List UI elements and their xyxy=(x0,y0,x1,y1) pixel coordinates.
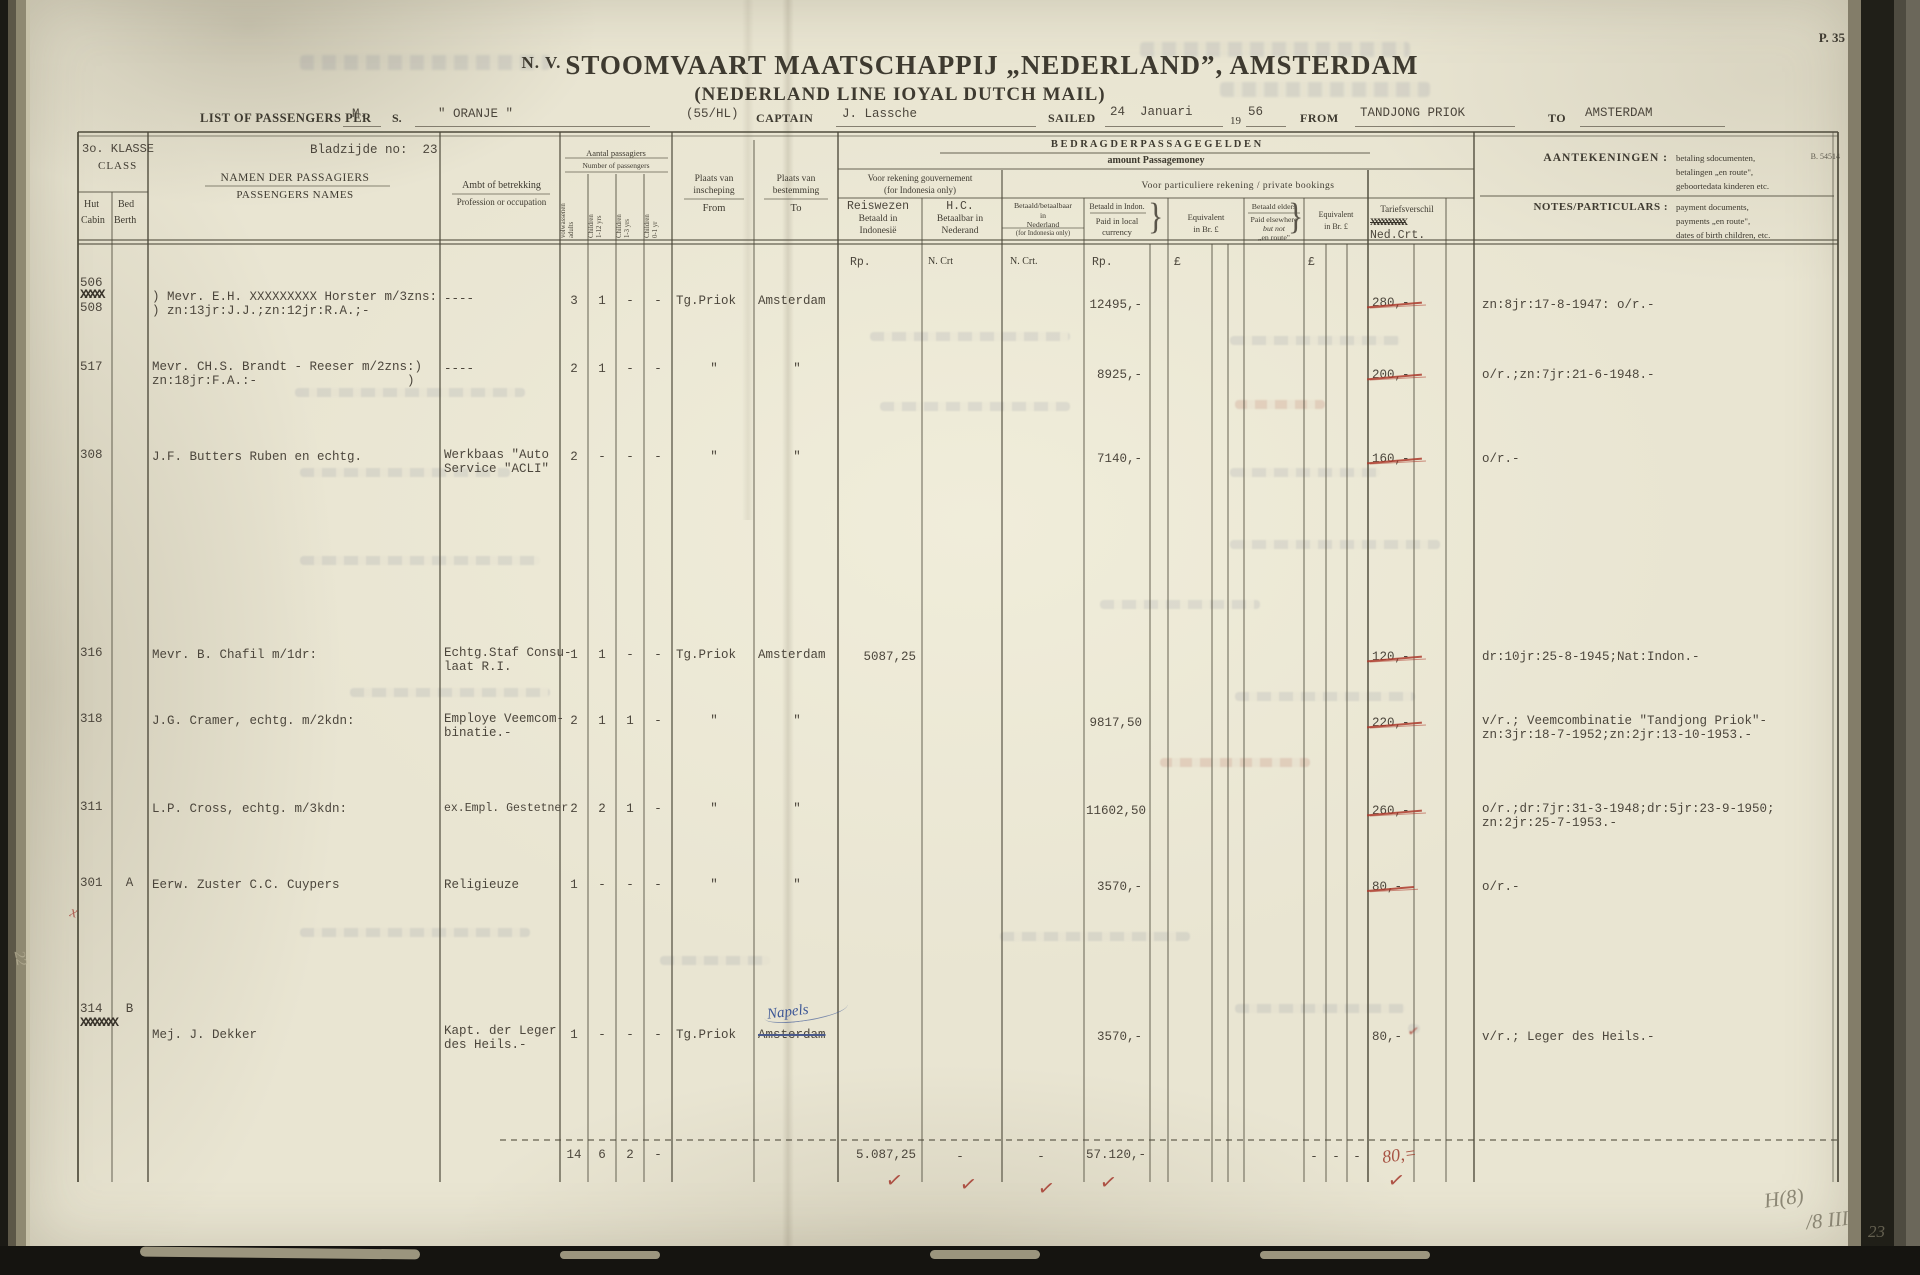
gov-header-nl: Voor rekening gouvernement xyxy=(838,173,1002,183)
col-adults-header: volwassenenadults xyxy=(560,174,588,238)
cell-profession: ---- xyxy=(444,362,559,376)
cell-adults: 2 xyxy=(560,450,588,464)
cell-name: Mevr. B. Chafil m/1dr: xyxy=(152,648,438,662)
cell-children-1-3: - xyxy=(616,294,644,308)
cell-profession: ex.Empl. Gestetner xyxy=(444,802,559,815)
cell-paid-local: 3570,- xyxy=(1086,880,1142,894)
from-header-nl1: Plaats van xyxy=(676,174,752,184)
cell-adults: 1 xyxy=(560,1028,588,1042)
cell-notes: o/r.;zn:7jr:21-6-1948.- xyxy=(1482,368,1834,382)
cell-cabin-struck: XXXXX xyxy=(80,288,110,302)
cell-cabin: 318 xyxy=(80,712,110,726)
cell-children-1-12: 1 xyxy=(588,714,616,728)
cell-children-1-12: 2 xyxy=(588,802,616,816)
cell-children-1-3: - xyxy=(616,1028,644,1042)
names-header-en: PASSENGERS NAMES xyxy=(152,189,438,201)
private-header: Voor particuliere rekening / private boo… xyxy=(1002,181,1474,191)
cell-to-struck: Amsterdam xyxy=(758,1028,836,1042)
eq1-l1: Equivalent xyxy=(1168,212,1244,222)
cell-children-1-3: 1 xyxy=(616,714,644,728)
cell-cabin: 314 xyxy=(80,1002,110,1016)
cell-from-ditto: " xyxy=(676,362,752,376)
pencil-note-23: 23 xyxy=(1868,1222,1885,1242)
cell-name: J.G. Cramer, echtg. m/2kdn: xyxy=(152,714,438,728)
cell-to: Amsterdam xyxy=(758,294,836,308)
cell-name: L.P. Cross, echtg. m/3kdn: xyxy=(152,802,438,816)
cell-paid-local: 8925,- xyxy=(1086,368,1142,382)
cell-from-ditto: " xyxy=(676,450,752,464)
cell-adults: 3 xyxy=(560,294,588,308)
pindon-l1: Betaald in Indon. xyxy=(1084,202,1150,211)
tariff-header: Tariefsverschil xyxy=(1368,204,1446,214)
cell-cabin: 316 xyxy=(80,646,110,660)
to-header-nl2: bestemming xyxy=(756,186,836,196)
cell-to-ditto: " xyxy=(758,450,836,464)
pned-l3: Nederland xyxy=(1002,220,1084,229)
cell-notes: v/r.; Veemcombinatie "Tandjong Priok"- z… xyxy=(1482,714,1834,742)
cell-name: Mej. J. Dekker xyxy=(152,1028,438,1042)
cell-children-1-3: 1 xyxy=(616,802,644,816)
cell-tariff-struck: 280,- xyxy=(1372,296,1410,310)
cell-currency-pindon: Rp. xyxy=(1092,256,1113,269)
cell-adults: 2 xyxy=(560,714,588,728)
cell-children-1-12: 1 xyxy=(588,294,616,308)
hc-header: H.C. xyxy=(924,200,996,213)
names-header-nl: NAMEN DER PASSAGIERS xyxy=(152,172,438,184)
cell-cabin: 308 xyxy=(80,448,110,462)
cell-notes: dr:10jr:25-8-1945;Nat:Indon.- xyxy=(1482,650,1834,664)
cell-currency-eq1: £ xyxy=(1174,256,1181,269)
total-paid-nederland: - xyxy=(1004,1150,1078,1164)
to-header-nl1: Plaats van xyxy=(756,174,836,184)
total-eq-dash-1: - xyxy=(1306,1150,1322,1164)
col-children-1-12-header: Children1-12 yrs xyxy=(588,174,616,238)
pindon-l2: Paid in local xyxy=(1084,216,1150,226)
profession-header-nl: Ambt of betrekking xyxy=(444,180,559,191)
red-check-icon: ✓ xyxy=(1407,1023,1420,1034)
cell-profession: Kapt. der Leger des Heils.- xyxy=(444,1024,559,1052)
to-header-en: To xyxy=(756,203,836,214)
cell-cabin: 311 xyxy=(80,800,110,814)
tariff-currency-header: Ned.Crt. xyxy=(1370,229,1425,242)
total-eq-dash-2: - xyxy=(1328,1150,1344,1164)
cell-name: ) Mevr. E.H. XXXXXXXXX Horster m/3zns: )… xyxy=(152,290,438,318)
cell-children-0-1: - xyxy=(644,714,672,728)
total-children-1-3: 2 xyxy=(616,1148,644,1162)
notes-l2: payments „en route", xyxy=(1676,216,1750,226)
cell-notes: v/r.; Leger des Heils.- xyxy=(1482,1030,1834,1044)
total-paid-local: 57.120,- xyxy=(1086,1148,1142,1162)
cell-from: Tg.Priok xyxy=(676,294,752,308)
pned-l2: in xyxy=(1002,211,1084,220)
profession-header-en: Profession or occupation xyxy=(444,197,559,207)
notes-particulars-label: NOTES/PARTICULARS : xyxy=(1480,201,1668,213)
cell-profession: Echtg.Staf Consu- laat R.I. xyxy=(444,646,559,674)
cell-profession: Werkbaas "Auto Service "ACLI" xyxy=(444,448,559,476)
gov1-l3: Indonesië xyxy=(840,226,916,236)
count-header-nl: Aantal passagiers xyxy=(560,148,672,158)
total-children-1-12: 6 xyxy=(588,1148,616,1162)
cell-children-0-1: - xyxy=(644,294,672,308)
cell-currency-gov1: Rp. xyxy=(850,256,871,269)
cell-children-0-1: - xyxy=(644,1028,672,1042)
cell-cabin-struck: XXXXXXXX xyxy=(80,1016,136,1030)
cell-currency-pned: N. Crt. xyxy=(1010,256,1038,267)
brace-icon: } xyxy=(1148,195,1163,238)
cell-from-ditto: " xyxy=(676,802,752,816)
cell-adults: 1 xyxy=(560,648,588,662)
cell-children-1-12: 1 xyxy=(588,648,616,662)
cell-tariff-struck: 120,- xyxy=(1372,650,1410,664)
aant-l2: betalingen „en route", xyxy=(1676,167,1753,177)
cell-notes: o/r.- xyxy=(1482,452,1834,466)
cell-tariff-struck: 80,- xyxy=(1372,880,1402,894)
cell-notes: zn:8jr:17-8-1947: o/r.- xyxy=(1482,298,1834,312)
cell-children-1-3: - xyxy=(616,878,644,892)
cell-notes: o/r.;dr:7jr:31-3-1948;dr:5jr:23-9-1950; … xyxy=(1482,802,1834,830)
cell-tariff-struck: 220,- xyxy=(1372,716,1410,730)
cell-name: Mevr. CH.S. Brandt - Reeser m/2zns:) zn:… xyxy=(152,360,438,388)
brace-icon-2: } xyxy=(1288,195,1303,238)
total-adults: 14 xyxy=(560,1148,588,1162)
cell-children-1-12: 1 xyxy=(588,362,616,376)
cabin-label: Cabin xyxy=(81,215,105,226)
scanned-passenger-list-page: P. 35 B. 54514 N. V. STOOMVAART MAATSCHA… xyxy=(0,0,1920,1275)
eq1-l2: in Br. £ xyxy=(1168,224,1244,234)
cell-name: J.F. Butters Ruben en echtg. xyxy=(152,450,438,464)
cell-from: Tg.Priok xyxy=(676,648,752,662)
cell-cabin: 517 xyxy=(80,360,110,374)
gov1-l2: Betaald in xyxy=(840,214,916,224)
cell-paid-local: 12495,- xyxy=(1086,298,1142,312)
gov2-l3: Nederand xyxy=(924,226,996,236)
cell-to-ditto: " xyxy=(758,802,836,816)
cell-to-ditto: " xyxy=(758,878,836,892)
cell-berth: B xyxy=(113,1002,146,1016)
notes-l3: dates of birth children, etc. xyxy=(1676,230,1770,240)
bed-label: Bed xyxy=(118,199,134,210)
cell-tariff-struck: 260,- xyxy=(1372,804,1410,818)
cell-gov-paid-indonesia: 5087,25 xyxy=(840,650,916,664)
bladzijde-no: Bladzijde no: 23 xyxy=(310,143,438,157)
aant-l1: betaling sdocumenten, xyxy=(1676,153,1755,163)
eq2-l2: in Br. £ xyxy=(1304,222,1368,231)
cell-children-0-1: - xyxy=(644,802,672,816)
hut-label: Hut xyxy=(84,199,99,210)
cell-profession: Employe Veemcom- binatie.- xyxy=(444,712,559,740)
cell-adults: 2 xyxy=(560,362,588,376)
cell-paid-local: 9817,50 xyxy=(1086,716,1142,730)
cell-children-1-3: - xyxy=(616,648,644,662)
cell-children-0-1: - xyxy=(644,878,672,892)
pned-l4: (for Indonesia only) xyxy=(1002,230,1084,237)
notes-l1: payment documents, xyxy=(1676,202,1749,212)
from-header-nl2: inscheping xyxy=(676,186,752,196)
eq2-l1: Equivalent xyxy=(1304,210,1368,219)
pencil-note-8iii: /8 III xyxy=(1805,1206,1850,1235)
col-children-1-3-header: Children1-3 yrs xyxy=(616,174,644,238)
cell-children-1-3: - xyxy=(616,450,644,464)
total-hc: - xyxy=(924,1150,996,1164)
berth-label: Berth xyxy=(114,215,136,226)
cell-profession: Religieuze xyxy=(444,878,559,892)
cell-paid-local: 7140,- xyxy=(1086,452,1142,466)
cell-paid-local: 11602,50 xyxy=(1086,804,1142,818)
cell-children-0-1: - xyxy=(644,648,672,662)
cell-currency-gov2: N. Crt xyxy=(928,256,953,267)
cell-paid-local: 3570,- xyxy=(1086,1030,1142,1044)
cell-from-ditto: " xyxy=(676,714,752,728)
tariff-struck-header: XXXXXXXXXX xyxy=(1370,217,1405,227)
pindon-l3: currency xyxy=(1084,227,1150,237)
cell-from: Tg.Priok xyxy=(676,1028,752,1042)
pned-l1: Betaald/betaalbaar xyxy=(1002,201,1084,210)
cell-cabin-2: 508 xyxy=(80,301,110,315)
cell-children-1-3: - xyxy=(616,362,644,376)
total-eq-dash-3: - xyxy=(1349,1150,1365,1164)
class-label-nl: 3o. KLASSE xyxy=(82,142,154,156)
cell-children-0-1: - xyxy=(644,362,672,376)
cell-adults: 2 xyxy=(560,802,588,816)
cell-to-ditto: " xyxy=(758,714,836,728)
bedrag-header-nl: B E D R A G D E R P A S S A G E G E L D … xyxy=(838,139,1474,150)
cell-tariff-struck: 200,- xyxy=(1372,368,1410,382)
cell-currency-eq2: £ xyxy=(1308,256,1315,269)
cell-tariff-struck: 160,- xyxy=(1372,452,1410,466)
total-children-0-1: - xyxy=(644,1148,672,1162)
cell-berth: A xyxy=(113,876,146,890)
bedrag-header-en: amount Passagemoney xyxy=(838,155,1474,166)
cell-notes: o/r.- xyxy=(1482,880,1834,894)
gov-header-en: (for Indonesia only) xyxy=(838,185,1002,195)
reiswezen-header: Reiswezen xyxy=(840,200,916,213)
cell-to-ditto: " xyxy=(758,362,836,376)
gov2-l2: Betaalbar in xyxy=(924,214,996,224)
count-header-en: Number of passengers xyxy=(560,161,672,170)
cell-cabin: 301 xyxy=(80,876,110,890)
cell-children-1-12: - xyxy=(588,878,616,892)
cell-to: Amsterdam xyxy=(758,648,836,662)
cell-from-ditto: " xyxy=(676,878,752,892)
cell-children-1-12: - xyxy=(588,1028,616,1042)
total-gov-paid-indonesia: 5.087,25 xyxy=(840,1148,916,1162)
cell-adults: 1 xyxy=(560,878,588,892)
from-header-en: From xyxy=(676,203,752,214)
cell-children-1-12: - xyxy=(588,450,616,464)
cell-name: Eerw. Zuster C.C. Cuypers xyxy=(152,878,438,892)
aantekeningen-label: AANTEKENINGEN : xyxy=(1480,152,1668,164)
class-label-en: CLASS xyxy=(98,160,137,172)
cell-children-0-1: - xyxy=(644,450,672,464)
col-children-0-1-header: Children0-1 yr xyxy=(644,174,672,238)
cell-profession: ---- xyxy=(444,292,559,306)
aant-l3: geboortedata kinderen etc. xyxy=(1676,181,1769,191)
